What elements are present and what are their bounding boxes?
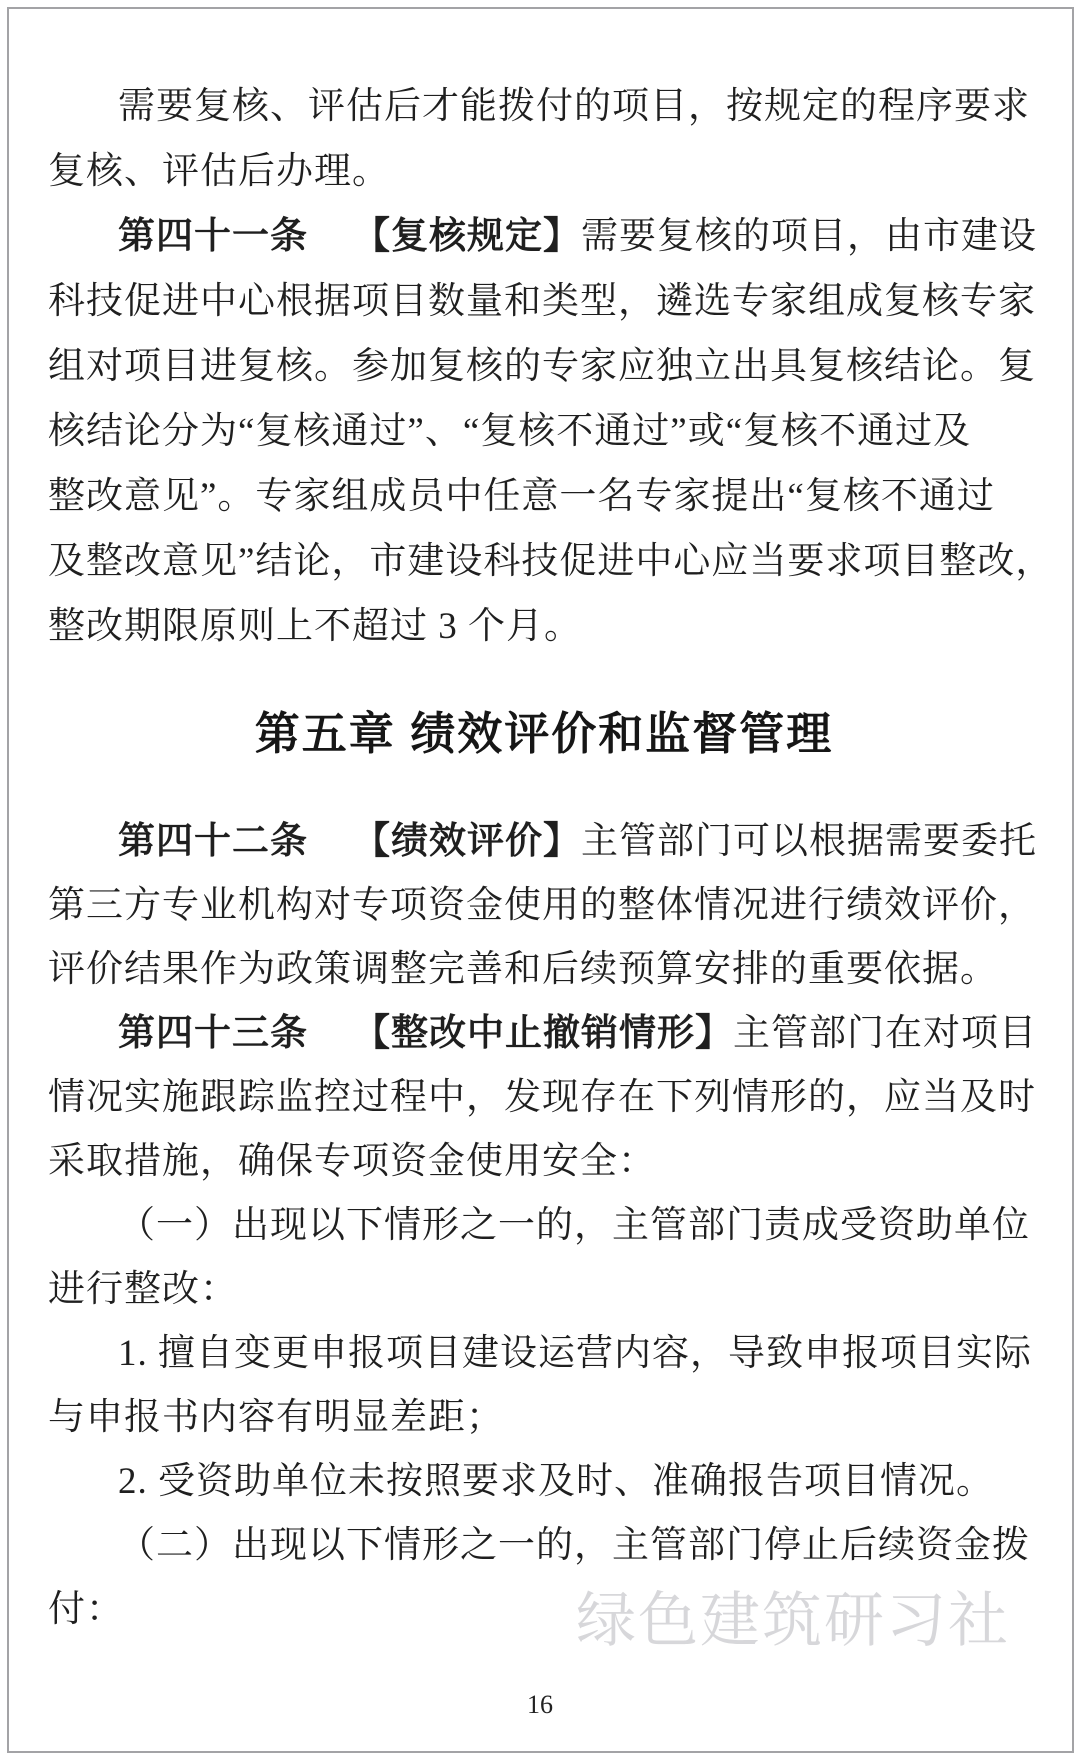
text-run: 整改意见”。专家组成员中任意一名专家提出“复核不通过 [48, 476, 995, 517]
text-run: （一）出现以下情形之一的，主管部门责成受资助单位 [118, 1205, 1030, 1246]
text-run: 2. 受资助单位未按照要求及时、准确报告项目情况。 [118, 1461, 994, 1502]
document-line: 第四十三条【整改中止撤销情形】主管部门在对项目 [48, 1002, 1040, 1066]
text-run-bold: 【复核规定】 [353, 216, 581, 257]
text-run-bold: 第四十一条 [118, 216, 308, 257]
text-run: 需要复核、评估后才能拨付的项目，按规定的程序要求 [118, 86, 1030, 127]
document-line: 整改意见”。专家组成员中任意一名专家提出“复核不通过 [48, 464, 1040, 529]
document-line: 复核、评估后办理。 [48, 139, 1040, 204]
text-run: 组对项目进复核。参加复核的专家应独立出具复核结论。复 [48, 346, 1036, 387]
text-run: 科技促进中心根据项目数量和类型，遴选专家组成复核专家 [48, 281, 1036, 322]
text-run: 及整改意见”结论，市建设科技促进中心应当要求项目整改， [48, 541, 1053, 582]
document-line: 情况实施跟踪监控过程中，发现存在下列情形的，应当及时 [48, 1066, 1040, 1130]
text-run: 与申报书内容有明显差距； [48, 1397, 504, 1438]
text-run: 评价结果作为政策调整完善和后续预算安排的重要依据。 [48, 949, 998, 990]
text-run: 进行整改： [48, 1269, 238, 1310]
chapter-heading: 第五章 绩效评价和监督管理 [48, 704, 1040, 764]
document-line: 及整改意见”结论，市建设科技促进中心应当要求项目整改， [48, 529, 1040, 594]
document-line: 需要复核、评估后才能拨付的项目，按规定的程序要求 [48, 74, 1040, 139]
document-line: 采取措施，确保专项资金使用安全： [48, 1130, 1040, 1194]
document-line: 第三方专业机构对专项资金使用的整体情况进行绩效评价， [48, 874, 1040, 938]
document-line: 科技促进中心根据项目数量和类型，遴选专家组成复核专家 [48, 269, 1040, 334]
text-run: 1. 擅自变更申报项目建设运营内容，导致申报项目实际 [118, 1333, 1032, 1374]
text-run: 第三方专业机构对专项资金使用的整体情况进行绩效评价， [48, 885, 1036, 926]
text-run: 主管部门可以根据需要委托 [581, 821, 1037, 862]
document-line: 整改期限原则上不超过 3 个月。 [48, 594, 1040, 659]
text-run-bold: 第四十二条 [118, 821, 308, 862]
document-line: 第四十二条【绩效评价】主管部门可以根据需要委托 [48, 810, 1040, 874]
document-line: 2. 受资助单位未按照要求及时、准确报告项目情况。 [48, 1450, 1040, 1514]
document-line: 1. 擅自变更申报项目建设运营内容，导致申报项目实际 [48, 1322, 1040, 1386]
text-run: 主管部门在对项目 [733, 1013, 1037, 1054]
text-run: 核结论分为“复核通过”、“复核不通过”或“复核不通过及 [48, 411, 971, 452]
document-line: （一）出现以下情形之一的，主管部门责成受资助单位 [48, 1194, 1040, 1258]
text-run-bold: 【绩效评价】 [353, 821, 581, 862]
text-run-bold: 第四十三条 [118, 1013, 308, 1054]
text-run: 复核、评估后办理。 [48, 151, 390, 192]
document-body: 需要复核、评估后才能拨付的项目，按规定的程序要求复核、评估后办理。第四十一条【复… [48, 74, 1040, 1642]
text-run: 付： [48, 1589, 124, 1630]
document-line: 进行整改： [48, 1258, 1040, 1322]
document-line: 评价结果作为政策调整完善和后续预算安排的重要依据。 [48, 938, 1040, 1002]
document-line: 组对项目进复核。参加复核的专家应独立出具复核结论。复 [48, 334, 1040, 399]
document-line: （二）出现以下情形之一的，主管部门停止后续资金拨 [48, 1514, 1040, 1578]
text-run: 情况实施跟踪监控过程中，发现存在下列情形的，应当及时 [48, 1077, 1036, 1118]
document-line: 与申报书内容有明显差距； [48, 1386, 1040, 1450]
text-run: 采取措施，确保专项资金使用安全： [48, 1141, 656, 1182]
document-section: 第四十二条【绩效评价】主管部门可以根据需要委托第三方专业机构对专项资金使用的整体… [48, 810, 1040, 1642]
document-line: 核结论分为“复核通过”、“复核不通过”或“复核不通过及 [48, 399, 1040, 464]
text-run-bold: 【整改中止撤销情形】 [353, 1013, 733, 1054]
document-line: 第四十一条【复核规定】需要复核的项目，由市建设 [48, 204, 1040, 269]
text-run: 需要复核的项目，由市建设 [581, 216, 1037, 257]
text-run: （二）出现以下情形之一的，主管部门停止后续资金拨 [118, 1525, 1030, 1566]
document-line: 付： [48, 1578, 1040, 1642]
text-run: 整改期限原则上不超过 3 个月。 [48, 606, 582, 647]
page-number: 16 [0, 1690, 1080, 1720]
document-section: 需要复核、评估后才能拨付的项目，按规定的程序要求复核、评估后办理。第四十一条【复… [48, 74, 1040, 659]
